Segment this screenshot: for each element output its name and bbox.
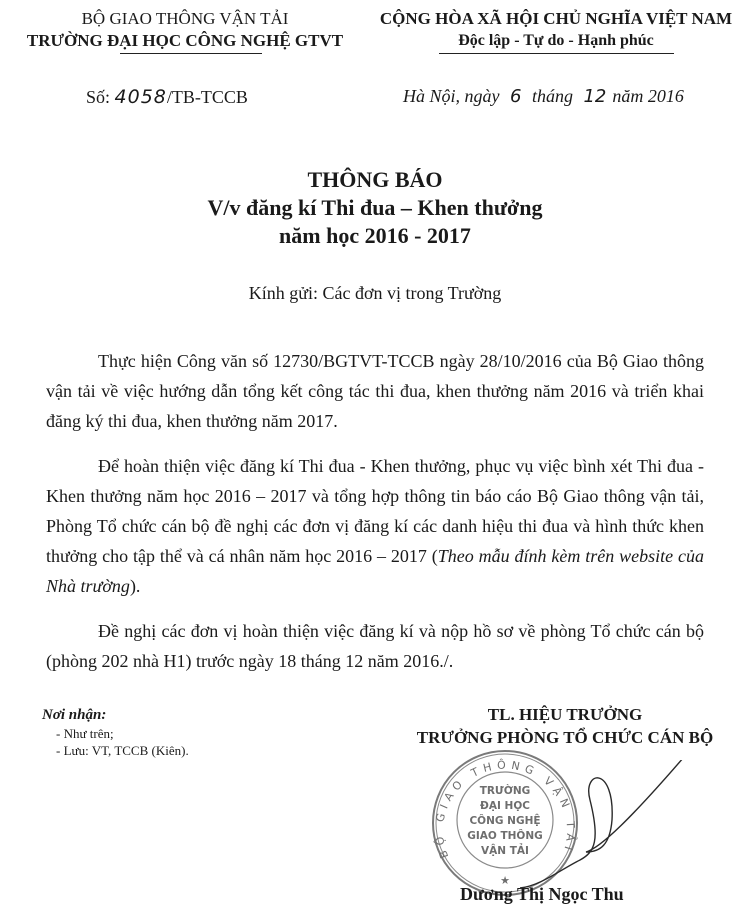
nation-name: CỘNG HÒA XÃ HỘI CHỦ NGHĨA VIỆT NAM: [362, 8, 750, 30]
doc-number-suffix: /TB-TCCB: [167, 87, 248, 107]
recipients-title: Nơi nhận:: [42, 706, 189, 725]
document-title: THÔNG BÁO V/v đăng kí Thi đua – Khen thư…: [0, 166, 750, 250]
title-line-2: V/v đăng kí Thi đua – Khen thưởng: [0, 194, 750, 222]
signer-name: Dương Thị Ngọc Thu: [460, 884, 624, 905]
body-paragraph-3: Đề nghị các đơn vị hoàn thiện việc đăng …: [46, 616, 704, 676]
recipients-list: Nơi nhận: - Như trên; - Lưu: VT, TCCB (K…: [42, 706, 189, 759]
document-date: Hà Nội, ngày 6 tháng 12năm 2016: [403, 86, 684, 107]
motto-underline: [439, 53, 674, 54]
doc-number-handwritten: 4058: [115, 86, 167, 108]
national-header: CỘNG HÒA XÃ HỘI CHỦ NGHĨA VIỆT NAM Độc l…: [362, 8, 750, 54]
doc-number-prefix: Số:: [86, 87, 110, 107]
para2-end: ).: [130, 576, 141, 596]
date-year: năm 2016: [612, 86, 684, 106]
issuer-header: BỘ GIAO THÔNG VẬN TẢI TRƯỜNG ĐẠI HỌC CÔN…: [0, 8, 370, 54]
document-number: Số: 4058/TB-TCCB: [86, 86, 248, 108]
date-month: 12: [577, 86, 612, 107]
date-month-label: tháng: [532, 86, 573, 106]
date-day: 6: [504, 86, 527, 107]
signature-authority: TL. HIỆU TRƯỞNG: [380, 703, 750, 726]
body-paragraph-1: Thực hiện Công văn số 12730/BGTVT-TCCB n…: [46, 346, 704, 436]
addressee: Kính gửi: Các đơn vị trong Trường: [0, 283, 750, 304]
recipient-item: - Lưu: VT, TCCB (Kiên).: [42, 742, 189, 759]
body-paragraph-2: Để hoàn thiện việc đăng kí Thi đua - Khe…: [46, 451, 704, 601]
signature-title: TRƯỞNG PHÒNG TỔ CHỨC CÁN BỘ: [380, 726, 750, 749]
header-underline: [120, 53, 262, 54]
title-line-3: năm học 2016 - 2017: [0, 222, 750, 250]
title-line-1: THÔNG BÁO: [0, 166, 750, 194]
recipient-item: - Như trên;: [42, 725, 189, 742]
national-motto: Độc lập - Tự do - Hạnh phúc: [362, 30, 750, 52]
ministry-name: BỘ GIAO THÔNG VẬN TẢI: [0, 8, 370, 30]
date-place-prefix: Hà Nội, ngày: [403, 86, 500, 106]
university-name: TRƯỜNG ĐẠI HỌC CÔNG NGHỆ GTVT: [0, 30, 370, 52]
signature-block: TL. HIỆU TRƯỞNG TRƯỞNG PHÒNG TỔ CHỨC CÁN…: [380, 703, 750, 749]
handwritten-signature-icon: [520, 760, 740, 900]
